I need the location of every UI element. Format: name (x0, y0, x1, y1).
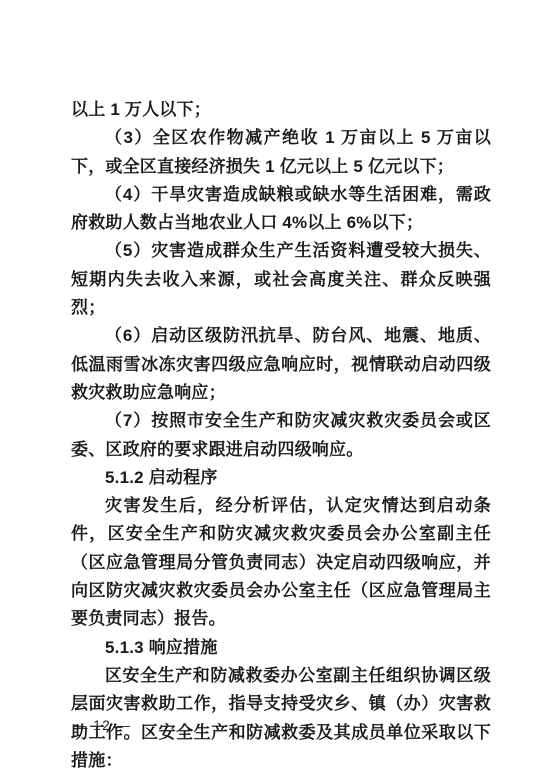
section-heading: 5.1.3 响应措施 (71, 634, 491, 662)
section-heading: 5.1.2 启动程序 (71, 464, 491, 492)
paragraph: 灾害发生后，经分析评估，认定灾情达到启动条件，区安全生产和防灾减灾救灾委员会办公… (71, 492, 491, 633)
paragraph: （7）按照市安全生产和防灾减灾救灾委员会或区委、区政府的要求跟进启动四级响应。 (71, 407, 491, 464)
paragraph: （4）干旱灾害造成缺粮或缺水等生活困难，需政府救助人数占当地农业人口 4%以上 … (71, 181, 491, 238)
paragraph: （6）启动区级防汛抗旱、防台风、地震、地质、低温雨雪冰冻灾害四级应急响应时，视情… (71, 322, 491, 407)
paragraph: 以上 1 万人以下； (71, 96, 491, 124)
paragraph: （5）灾害造成群众生产生活资料遭受较大损失、短期内失去收入来源，或社会高度关注、… (71, 237, 491, 322)
paragraph: 区安全生产和防减救委办公室副主任组织协调区级层面灾害救助工作，指导支持受灾乡、镇… (71, 662, 491, 775)
document-body: 以上 1 万人以下；（3）全区农作物减产绝收 1 万亩以上 5 万亩以下，或全区… (71, 96, 491, 775)
page-number: — 12 — (73, 718, 132, 733)
paragraph: （3）全区农作物减产绝收 1 万亩以上 5 万亩以下，或全区直接经济损失 1 亿… (71, 124, 491, 181)
document-page: 以上 1 万人以下；（3）全区农作物减产绝收 1 万亩以上 5 万亩以下，或全区… (0, 0, 554, 784)
